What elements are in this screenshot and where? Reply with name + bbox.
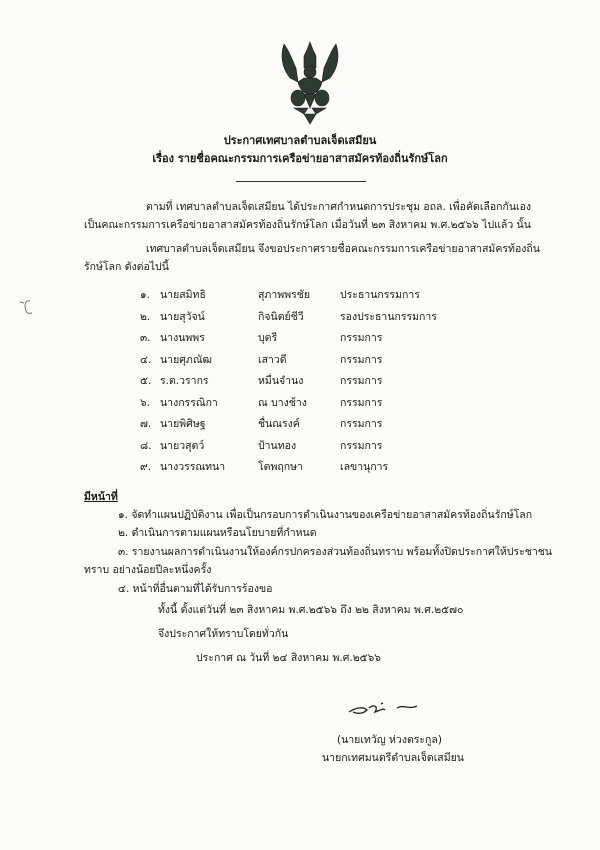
member-last-name: ณ บางช้าง [258, 394, 307, 411]
duties-heading: มีหน้าที่ [84, 488, 118, 505]
document-title: ประกาศเทศบาลตำบลเจ็ดเสมียน [0, 131, 600, 149]
member-number: ๕. [140, 372, 151, 389]
member-role: กรรมการ [340, 415, 382, 432]
hole-punch-mark-icon [18, 299, 36, 317]
signature-icon [345, 698, 435, 722]
member-last-name: สุภาพพรชัย [258, 286, 310, 303]
member-role: รองประธานกรรมการ [340, 308, 437, 325]
signatory-position: นายกเทศมนตรีตำบลเจ็ดเสมียน [322, 749, 464, 766]
member-role: ประธานกรรมการ [340, 286, 420, 303]
member-first-name: นางวรรณทนา [160, 458, 225, 475]
member-last-name: กิจนิตย์ชีวี [258, 308, 304, 325]
member-number: ๒. [140, 308, 150, 325]
member-number: ๔. [140, 351, 151, 368]
member-first-name: นายศุภณัฒ [160, 351, 212, 368]
document-subject: เรื่อง รายชื่อคณะกรรมการเครือข่ายอาสาสมั… [0, 149, 600, 167]
member-first-name: นายวสุตว์ [160, 437, 204, 454]
member-first-name: นางนพพร [160, 329, 205, 346]
member-last-name: ชื่นณรงค์ [258, 415, 300, 432]
member-number: ๗. [140, 415, 151, 432]
member-number: ๘. [140, 437, 151, 454]
paragraph-2-line-2: รักษ์โลก ดังต่อไปนี้ [84, 258, 169, 275]
member-last-name: โตพฤกษา [258, 458, 303, 475]
member-role: กรรมการ [340, 372, 382, 389]
duty-item-1: ๑. จัดทำแผนปฏิบัติงาน เพื่อเป็นกรอบการดำ… [118, 506, 532, 523]
announcement-date: ประกาศ ณ วันที่ ๒๔ สิงหาคม พ.ศ.๒๕๖๖ [196, 649, 381, 666]
paragraph-1-line-2: เป็นคณะกรรมการเครือข่ายอาสาสมัครท้องถิ่น… [84, 216, 531, 233]
member-first-name: นายสมิทธิ [160, 286, 206, 303]
member-last-name: เสาวดี [258, 351, 287, 368]
paragraph-2-line-1: เทศบาลตำบลเจ็ดเสมียน จึงขอประกาศรายชื่อค… [146, 240, 540, 257]
member-last-name: บุตรี [258, 329, 277, 346]
duty-item-2: ๒. ดำเนินการตามแผนหรือนโยบายที่กำหนด [118, 524, 317, 541]
signatory-name: (นายเทวัญ ห่วงตระกูล) [337, 731, 442, 748]
member-role: กรรมการ [340, 329, 382, 346]
paragraph-1-line-1: ตามที่ เทศบาลตำบลเจ็ดเสมียน ได้ประกาศกำห… [146, 198, 531, 215]
member-number: ๖. [140, 394, 150, 411]
member-role: เลขานุการ [340, 458, 388, 475]
member-role: กรรมการ [340, 437, 382, 454]
member-number: ๙. [140, 458, 151, 475]
member-last-name: ป้านทอง [258, 437, 296, 454]
duty-item-4: ๔. หน้าที่อื่นตามที่ได้รับการร้องขอ [118, 580, 272, 597]
member-role: กรรมการ [340, 351, 382, 368]
member-first-name: นางกรรณิกา [160, 394, 218, 411]
title-divider [236, 181, 366, 182]
member-first-name: ร.ต.วรากร [160, 372, 209, 389]
term-period: ทั้งนี้ ตั้งแต่วันที่ ๒๓ สิงหาคม พ.ศ.๒๕๖… [158, 601, 463, 618]
member-first-name: นายสุวัจน์ [160, 308, 205, 325]
member-role: กรรมการ [340, 394, 382, 411]
member-last-name: หมื่นจำนง [258, 372, 303, 389]
duty-item-3-line-2: ทราบ อย่างน้อยปีละหนึ่งครั้ง [84, 561, 211, 578]
notice-statement: จึงประกาศให้ทราบโดยทั่วกัน [158, 625, 288, 642]
garuda-emblem-icon [278, 38, 342, 126]
duty-item-3-line-1: ๓. รายงานผลการดำเนินงานให้องค์กรปกครองส่… [118, 543, 552, 560]
member-number: ๑. [140, 286, 150, 303]
member-number: ๓. [140, 329, 151, 346]
member-first-name: นายพิศิษฐ [160, 415, 206, 432]
